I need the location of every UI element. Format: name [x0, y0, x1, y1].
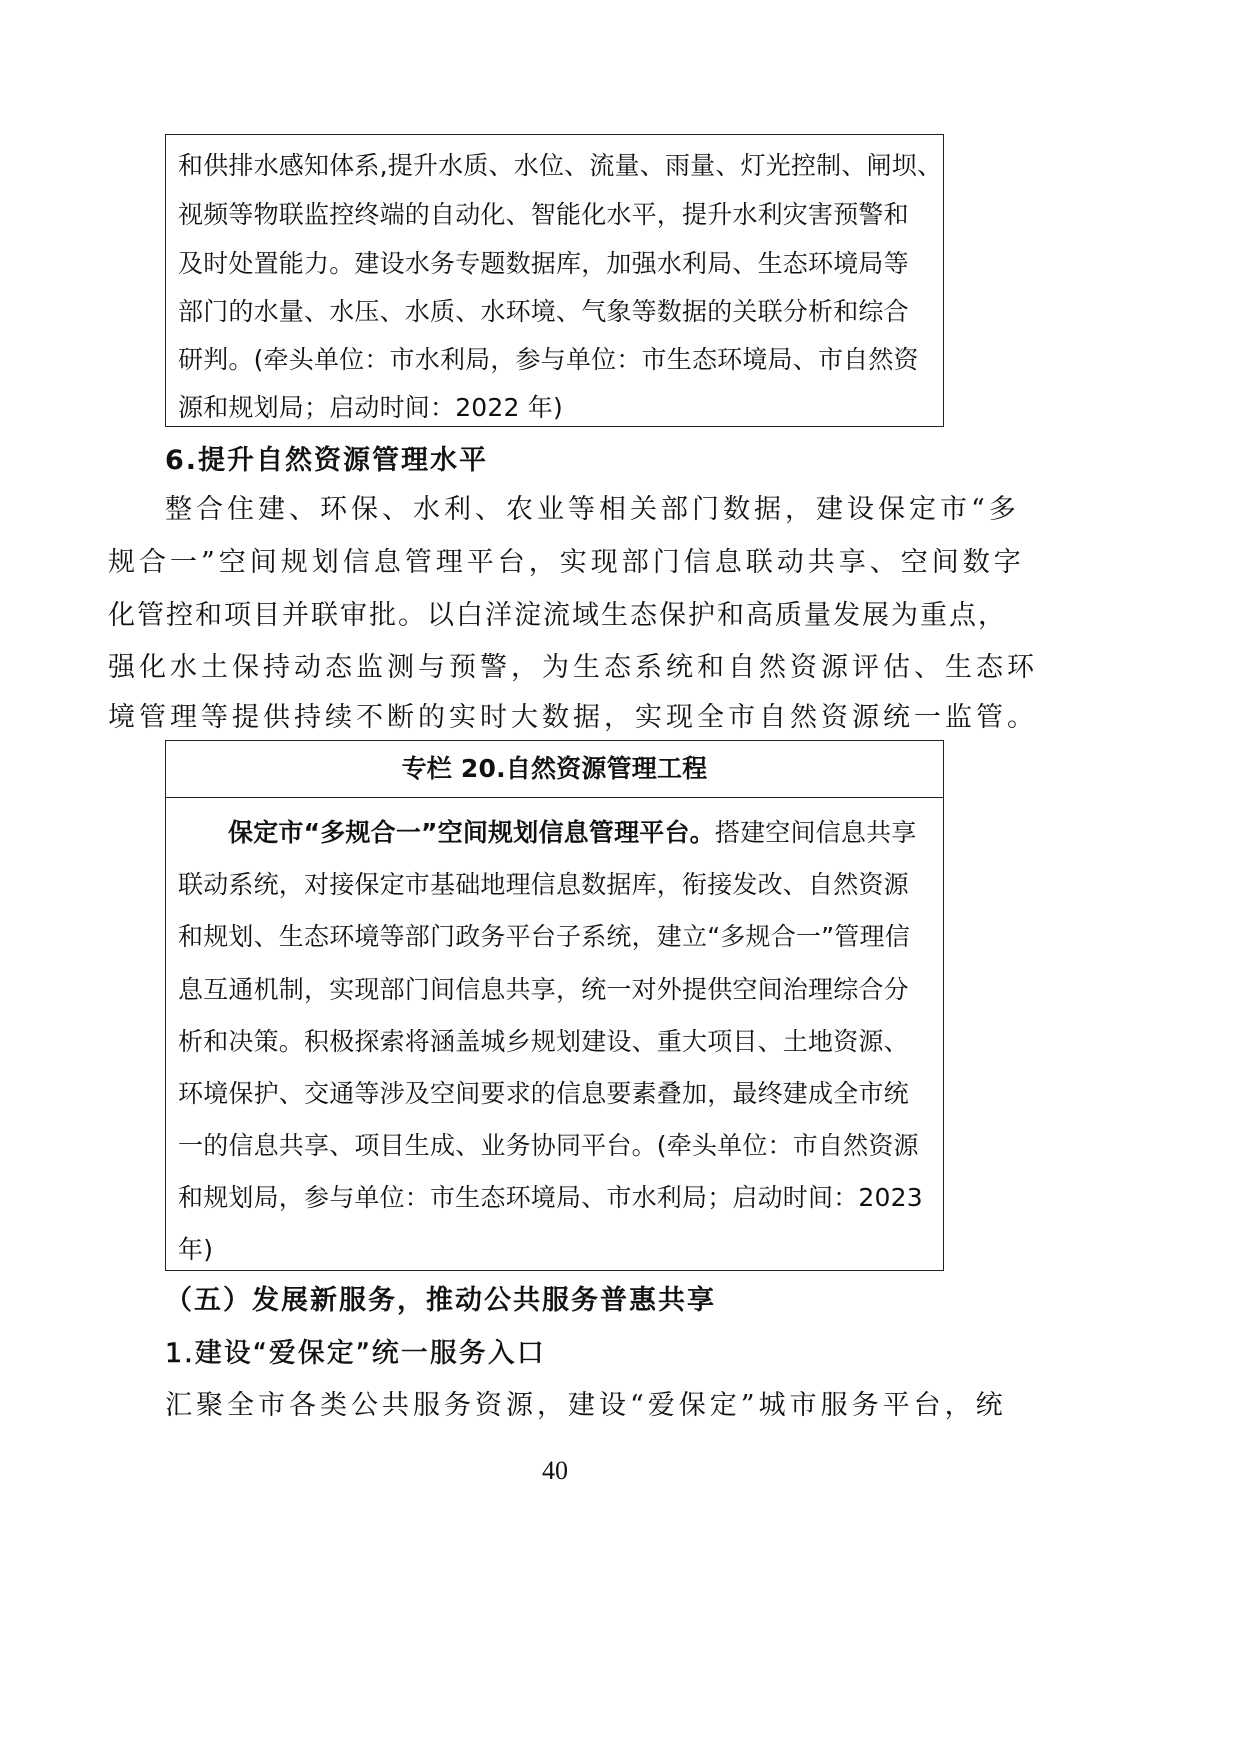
box-line: 和规划局，参与单位：市生态环境局、市水利局；启动时间：2023: [178, 1185, 923, 1210]
box-line: 年): [178, 1237, 213, 1262]
project-desc-start: 搭建空间信息共享: [715, 818, 917, 847]
box-line: 析和决策。积极探索将涵盖城乡规划建设、重大项目、土地资源、: [178, 1029, 909, 1054]
box-line: 和规划、生态环境等部门政务平台子系统，建立“多规合一”管理信: [178, 924, 910, 949]
paragraph-line: 规合一”空间规划信息管理平台，实现部门信息联动共享、空间数字: [108, 549, 1025, 576]
box-line: 及时处置能力。建设水务专题数据库，加强水利局、生态环境局等: [178, 251, 909, 276]
project-name: 保定市“多规合一”空间规划信息管理平台。: [228, 818, 715, 847]
section-heading-5: （五）发展新服务，推动公共服务普惠共享: [165, 1287, 716, 1314]
box-line: 环境保护、交通等涉及空间要求的信息要素叠加，最终建成全市统: [178, 1081, 909, 1106]
box-lead-line: 保定市“多规合一”空间规划信息管理平台。搭建空间信息共享: [228, 820, 916, 845]
box-line: 和供排水感知体系,提升水质、水位、流量、雨量、灯光控制、闸坝、: [178, 153, 942, 178]
box-line: 视频等物联监控终端的自动化、智能化水平，提升水利灾害预警和: [178, 202, 909, 227]
box-line: 联动系统，对接保定市基础地理信息数据库，衔接发改、自然资源: [178, 872, 909, 897]
subsection-heading-1: 1.建设“爱保定”统一服务入口: [165, 1340, 546, 1367]
box-line: 一的信息共享、项目生成、业务协同平台。(牵头单位：市自然资源: [178, 1133, 919, 1158]
box-title-divider: [166, 797, 943, 798]
box-line: 息互通机制，实现部门间信息共享，统一对外提供空间治理综合分: [178, 977, 909, 1002]
page-number: 40: [0, 1458, 1110, 1484]
box-title: 专栏 20.自然资源管理工程: [166, 756, 943, 781]
box-line: 研判。(牵头单位：市水利局，参与单位：市生态环境局、市自然资: [178, 347, 919, 372]
paragraph-line: 强化水土保持动态监测与预警，为生态系统和自然资源评估、生态环: [108, 654, 1038, 681]
paragraph-line: 汇聚全市各类公共服务资源，建设“爱保定”城市服务平台，统: [165, 1392, 1007, 1419]
box-line: 源和规划局；启动时间：2022 年): [178, 395, 563, 420]
project-box-natural-resources: 专栏 20.自然资源管理工程 保定市“多规合一”空间规划信息管理平台。搭建空间信…: [165, 740, 944, 1271]
paragraph-line: 化管控和项目并联审批。以白洋淀流域生态保护和高质量发展为重点，: [108, 602, 1007, 629]
paragraph-line: 整合住建、环保、水利、农业等相关部门数据，建设保定市“多: [165, 496, 1020, 523]
section-heading-6: 6.提升自然资源管理水平: [165, 447, 488, 474]
project-box-water: 和供排水感知体系,提升水质、水位、流量、雨量、灯光控制、闸坝、 视频等物联监控终…: [165, 134, 944, 427]
paragraph-line: 境管理等提供持续不断的实时大数据，实现全市自然资源统一监管。: [108, 704, 1038, 731]
box-line: 部门的水量、水压、水质、水环境、气象等数据的关联分析和综合: [178, 299, 909, 324]
